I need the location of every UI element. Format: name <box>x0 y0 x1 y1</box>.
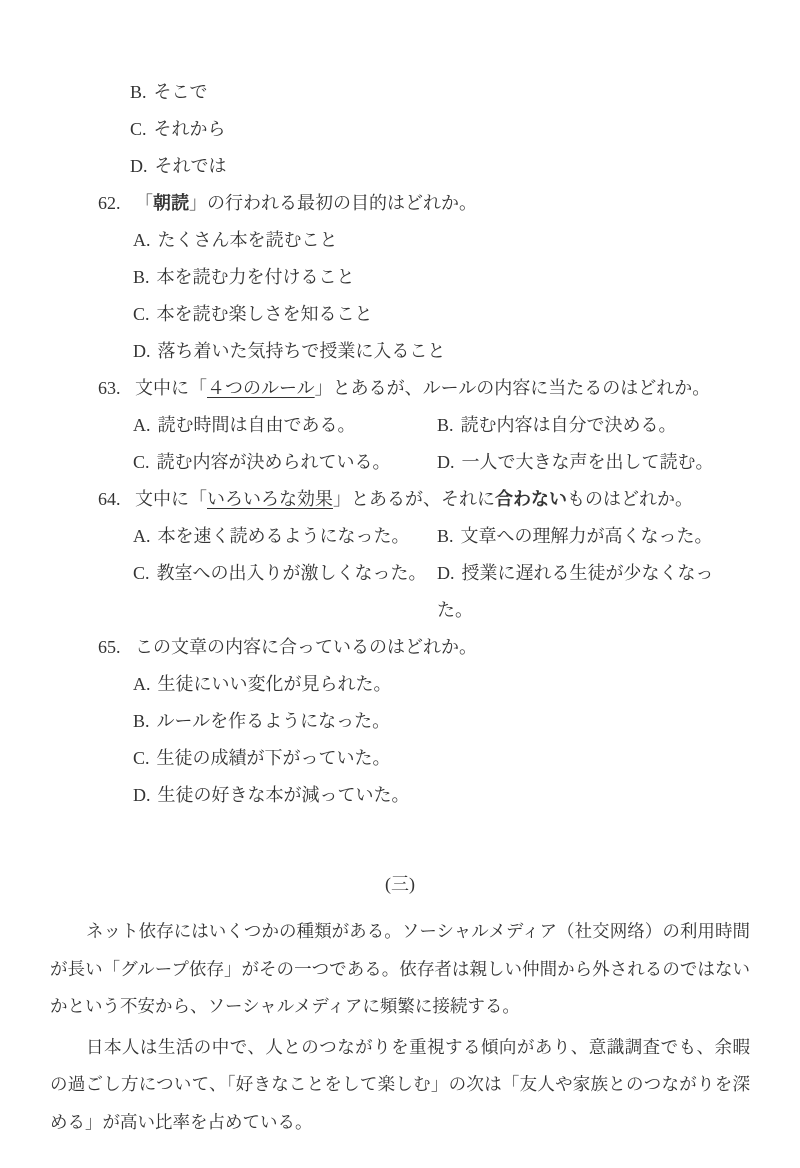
option-text: たくさん本を読むこと <box>158 230 338 250</box>
stem-text: 」とあるが、ルールの内容に当たるのはどれか。 <box>315 378 711 398</box>
option-label: B. <box>130 82 147 102</box>
exam-page: B.そこで C.それから D.それでは 62.「朝読」の行われる最初の目的はどれ… <box>0 0 800 1168</box>
underlined-term: ４つのルール <box>207 378 315 398</box>
option-label: C. <box>133 748 150 768</box>
passage-paragraph-1: ネット依存にはいくつかの種類がある。ソーシャルメディア（社交网络）の利用時間が長… <box>50 913 750 1026</box>
option-label: A. <box>133 230 151 250</box>
option-row: B.そこで <box>130 74 800 111</box>
stem-text: この文章の内容に合っているのはどれか。 <box>135 637 477 657</box>
option-label: D. <box>437 452 455 472</box>
option-label: D. <box>130 156 148 176</box>
option-row: D.落ち着いた気持ちで授業に入ること <box>133 333 800 370</box>
stem-text: ものはどれか。 <box>567 489 693 509</box>
option-text: ルールを作るようになった。 <box>157 711 391 731</box>
option-row: D.生徒の好きな本が減っていた。 <box>133 777 800 814</box>
stem-text: 」とあるが、それに <box>333 489 495 509</box>
option-label: B. <box>437 526 454 546</box>
option-text: 本を読む楽しさを知ること <box>157 304 373 324</box>
option-label: C. <box>133 304 150 324</box>
question-62: 62.「朝読」の行われる最初の目的はどれか。 A.たくさん本を読むこと B.本を… <box>0 185 800 370</box>
passage-paragraph-2: 日本人は生活の中で、人とのつながりを重視する傾向があり、意識調査でも、余暇の過ご… <box>50 1029 750 1142</box>
question-stem: 62.「朝読」の行われる最初の目的はどれか。 <box>98 185 800 222</box>
question-64: 64.文中に「いろいろな効果」とあるが、それに合わないものはどれか。 A.本を速… <box>0 481 800 629</box>
option-row: B.本を読む力を付けること <box>133 259 800 296</box>
question-65: 65.この文章の内容に合っているのはどれか。 A.生徒にいい変化が見られた。 B… <box>0 629 800 814</box>
option-row: A.たくさん本を読むこと <box>133 222 800 259</box>
page-content: B.そこで C.それから D.それでは 62.「朝読」の行われる最初の目的はどれ… <box>0 0 800 1141</box>
option-row: A.生徒にいい変化が見られた。 <box>133 666 800 703</box>
reading-passage: ネット依存にはいくつかの種類がある。ソーシャルメディア（社交网络）の利用時間が長… <box>0 913 800 1141</box>
option-row: C.それから <box>130 111 800 148</box>
question-61-options: B.そこで C.それから D.それでは <box>0 74 800 185</box>
question-number: 65. <box>98 629 135 666</box>
stem-text: 文中に「 <box>135 489 207 509</box>
option-row: C.生徒の成績が下がっていた。 <box>133 740 800 777</box>
option-row: D.それでは <box>130 148 800 185</box>
underlined-term: いろいろな効果 <box>207 489 333 509</box>
section-heading: (三) <box>0 866 800 903</box>
option-text: 生徒にいい変化が見られた。 <box>158 674 392 694</box>
option-text: 文章への理解力が高くなった。 <box>461 526 713 546</box>
option-row: C.読む内容が決められている。 <box>133 444 437 481</box>
option-text: 読む内容は自分で決める。 <box>461 415 677 435</box>
option-row: D.一人で大きな声を出して読む。 <box>437 444 722 481</box>
options-grid-row: C.読む内容が決められている。 D.一人で大きな声を出して読む。 <box>133 444 800 481</box>
question-stem: 64.文中に「いろいろな効果」とあるが、それに合わないものはどれか。 <box>98 481 800 518</box>
option-text: 読む内容が決められている。 <box>157 452 391 472</box>
option-text: 生徒の成績が下がっていた。 <box>157 748 391 768</box>
option-text: それでは <box>155 156 227 176</box>
option-row: B.文章への理解力が高くなった。 <box>437 518 722 555</box>
option-label: B. <box>133 711 150 731</box>
option-label: B. <box>133 267 150 287</box>
option-text: 本を読む力を付けること <box>157 267 355 287</box>
option-label: C. <box>133 563 150 583</box>
option-label: A. <box>133 526 151 546</box>
bold-term: 朝読 <box>153 193 189 213</box>
option-text: 授業に遅れる生徒が少なくなった。 <box>437 563 714 620</box>
question-stem: 65.この文章の内容に合っているのはどれか。 <box>98 629 800 666</box>
stem-text: 」の行われる最初の目的はどれか。 <box>189 193 477 213</box>
options-grid-row: A.本を速く読めるようになった。 B.文章への理解力が高くなった。 <box>133 518 800 555</box>
option-text: それから <box>154 119 226 139</box>
option-label: C. <box>130 119 147 139</box>
option-row: B.読む内容は自分で決める。 <box>437 407 722 444</box>
option-label: A. <box>133 415 151 435</box>
question-number: 64. <box>98 481 135 518</box>
options-grid-row: C.教室への出入りが激しくなった。 D.授業に遅れる生徒が少なくなった。 <box>133 555 800 629</box>
option-text: 本を速く読めるようになった。 <box>158 526 410 546</box>
bold-term: 合わない <box>495 489 567 509</box>
option-row: A.読む時間は自由である。 <box>133 407 437 444</box>
option-text: 読む時間は自由である。 <box>158 415 356 435</box>
option-label: D. <box>437 563 455 583</box>
option-label: C. <box>133 452 150 472</box>
question-number: 62. <box>98 185 135 222</box>
option-label: B. <box>437 415 454 435</box>
option-text: 落ち着いた気持ちで授業に入ること <box>158 341 446 361</box>
option-label: A. <box>133 674 151 694</box>
stem-text: 「 <box>135 193 153 213</box>
option-label: D. <box>133 341 151 361</box>
question-63: 63.文中に「４つのルール」とあるが、ルールの内容に当たるのはどれか。 A.読む… <box>0 370 800 481</box>
options-grid-row: A.読む時間は自由である。 B.読む内容は自分で決める。 <box>133 407 800 444</box>
option-text: 生徒の好きな本が減っていた。 <box>158 785 410 805</box>
option-row: C.本を読む楽しさを知ること <box>133 296 800 333</box>
question-stem: 63.文中に「４つのルール」とあるが、ルールの内容に当たるのはどれか。 <box>98 370 800 407</box>
option-row: D.授業に遅れる生徒が少なくなった。 <box>437 555 722 629</box>
option-row: B.ルールを作るようになった。 <box>133 703 800 740</box>
option-row: C.教室への出入りが激しくなった。 <box>133 555 437 592</box>
option-row: A.本を速く読めるようになった。 <box>133 518 437 555</box>
option-text: 教室への出入りが激しくなった。 <box>157 563 427 583</box>
question-number: 63. <box>98 370 135 407</box>
option-text: 一人で大きな声を出して読む。 <box>462 452 714 472</box>
stem-text: 文中に「 <box>135 378 207 398</box>
option-text: そこで <box>154 82 208 102</box>
option-label: D. <box>133 785 151 805</box>
